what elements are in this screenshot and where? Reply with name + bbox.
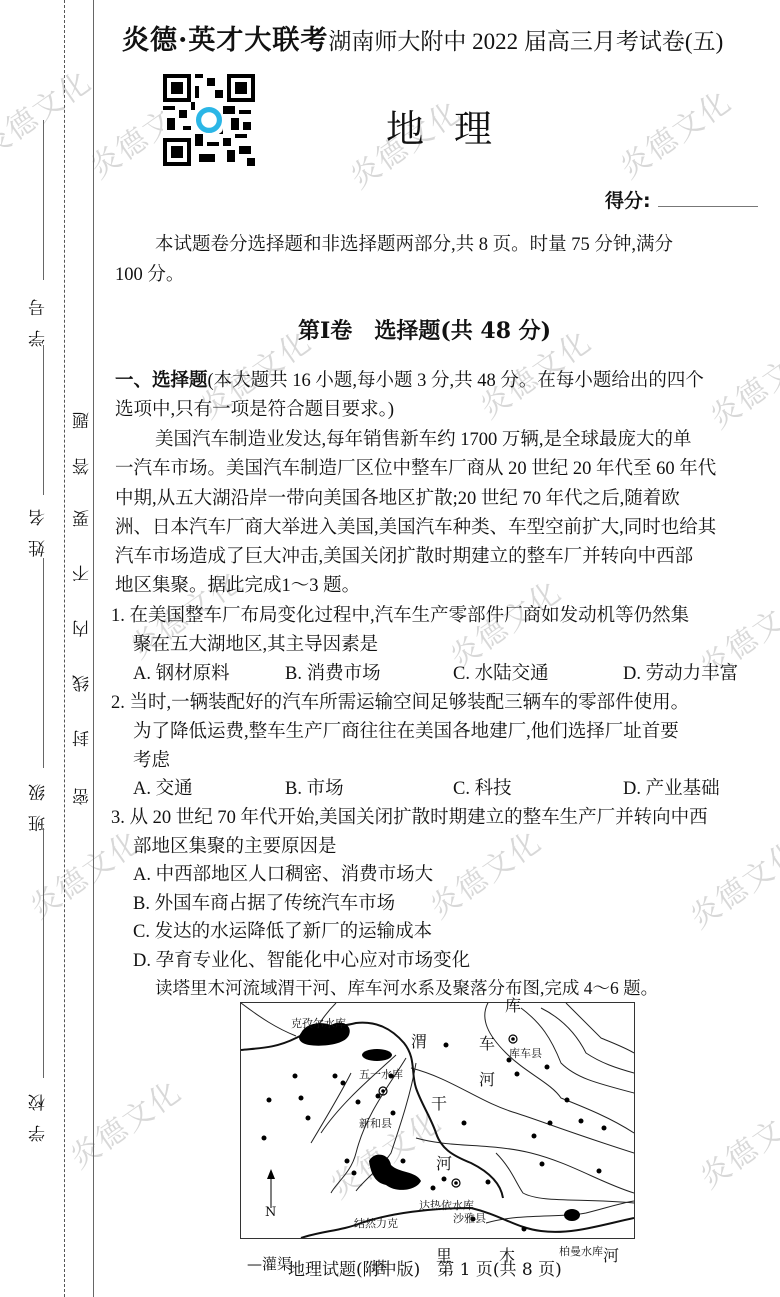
section-part: 第Ⅰ卷 bbox=[298, 318, 352, 344]
seal-char: 封 bbox=[70, 730, 95, 747]
passage-line: 地区集聚。据此完成1～3 题。 bbox=[115, 573, 360, 599]
passage-line: 汽车市场造成了巨大冲击,美国关闭扩散时期建立的整车厂并转向中西部 bbox=[115, 544, 693, 570]
exam-header: 炎德·英才大联考湖南师大附中 2022 届高三月考试卷(五) bbox=[122, 18, 723, 57]
score-label: 得分: bbox=[605, 186, 651, 213]
passage-line: 美国汽车制造业发达,每年销售新车约 1700 万辆,是全球最庞大的单 bbox=[155, 427, 692, 453]
watermark: 炎德文化 bbox=[679, 827, 780, 936]
seal-char: 不 bbox=[70, 565, 95, 582]
question-stem: 聚在五大湖地区,其主导因素是 bbox=[133, 632, 378, 658]
river-char: 河 bbox=[479, 1067, 495, 1090]
reservoir-label: 柏曼水库 bbox=[559, 1243, 603, 1259]
intro-line: 本试题卷分选择题和非选择题两部分,共 8 页。时量 75 分钟,满分 bbox=[155, 232, 673, 258]
seal-char: 要 bbox=[70, 510, 95, 527]
map-legend: —灌渠 bbox=[247, 1253, 292, 1274]
reservoir-label: 克孜尔水库 bbox=[291, 1015, 346, 1031]
question-stem: 部地区集聚的主要原因是 bbox=[133, 834, 337, 860]
option-a[interactable]: A. 交通 bbox=[133, 776, 193, 802]
county-label: 沙雅县 bbox=[453, 1210, 486, 1226]
option-b[interactable]: B. 消费市场 bbox=[285, 661, 381, 687]
seal-char: 线 bbox=[70, 675, 95, 692]
name-label: 姓名 bbox=[26, 495, 51, 557]
watermark: 炎德文化 bbox=[419, 817, 549, 926]
fold-dotted-line bbox=[64, 0, 65, 1297]
option-b[interactable]: B. 外国车商占据了传统汽车市场 bbox=[133, 891, 395, 917]
option-c[interactable]: C. 水陆交通 bbox=[453, 661, 549, 687]
passage-line: 中期,从五大湖沿岸一带向美国各地区扩散;20 世纪 70 年代之后,随着欧 bbox=[115, 486, 680, 512]
seal-char: 内 bbox=[70, 620, 95, 637]
option-b[interactable]: B. 市场 bbox=[285, 776, 344, 802]
class-label: 班级 bbox=[26, 770, 51, 832]
option-d[interactable]: D. 产业基础 bbox=[623, 776, 720, 802]
question-stem: 考虑 bbox=[133, 748, 170, 774]
intro-line: 100 分。 bbox=[115, 262, 184, 288]
question-stem: 3. 从 20 世纪 70 年代开始,美国关闭扩散时期建立的整车生产厂并转向中西 bbox=[111, 805, 708, 831]
question-stem: 2. 当时,一辆装配好的汽车所需运输空间足够装配三辆车的零部件使用。 bbox=[111, 690, 689, 716]
student-id-label: 学号 bbox=[26, 285, 51, 347]
seal-char: 答 bbox=[70, 458, 95, 475]
class-blank[interactable] bbox=[43, 558, 44, 768]
seal-char: 密 bbox=[70, 788, 95, 805]
watermark: 炎德文化 bbox=[0, 57, 99, 166]
page-footer: 地理试题(附中版) 第 1 页(共 8 页) bbox=[288, 1255, 562, 1280]
instructions-line: 一、选择题(本大题共 16 小题,每小题 3 分,共 48 分。在每小题给出的四… bbox=[115, 368, 704, 394]
margin-line bbox=[93, 0, 94, 1297]
passage-line: 一汽车市场。美国汽车制造厂区位中整车厂商从 20 世纪 20 年代至 60 年代 bbox=[115, 456, 716, 482]
seal-char: 题 bbox=[70, 412, 95, 429]
brand-title: 炎德·英才大联考 bbox=[122, 25, 328, 56]
option-a[interactable]: A. 钢材原料 bbox=[133, 661, 230, 687]
instructions-line: 选项中,只有一项是符合题目要求。) bbox=[115, 397, 394, 423]
river-map: 克孜尔水库 五一水库 达热依水库 柏曼水库 结然力克 新和县 库车县 沙雅县 渭… bbox=[240, 1002, 635, 1239]
school-label: 学校 bbox=[26, 1080, 51, 1142]
subject-title: 地理 bbox=[386, 98, 522, 153]
section-name: 选择题(共 48 分) bbox=[374, 318, 551, 344]
option-d[interactable]: D. 劳动力丰富 bbox=[623, 661, 738, 687]
river-char: 干 bbox=[431, 1091, 447, 1114]
watermark: 炎德文化 bbox=[699, 327, 780, 436]
school-blank[interactable] bbox=[43, 828, 44, 1078]
question-stem: 1. 在美国整车厂布局变化过程中,汽车生产零部件厂商如发动机等仍然集 bbox=[111, 603, 689, 629]
watermark: 炎德文化 bbox=[59, 1067, 189, 1176]
student-id-blank[interactable] bbox=[43, 120, 44, 280]
watermark: 炎德文化 bbox=[609, 77, 739, 186]
river-char: 河 bbox=[436, 1151, 452, 1174]
score-blank[interactable] bbox=[658, 206, 758, 207]
river-char: 车 bbox=[479, 1031, 495, 1054]
river-char: 河 bbox=[603, 1243, 619, 1266]
north-label: N bbox=[265, 1205, 276, 1220]
option-c[interactable]: C. 发达的水运降低了新厂的运输成本 bbox=[133, 919, 432, 945]
question-stem: 为了降低运费,整车生产厂商往往在美国各地建厂,他们选择厂址首要 bbox=[133, 719, 679, 745]
exam-subtitle: 湖南师大附中 2022 届高三月考试卷(五) bbox=[328, 29, 723, 54]
name-blank[interactable] bbox=[43, 345, 44, 495]
passage-line: 洲、日本汽车厂商大举进入美国,美国汽车种类、车型空前扩大,同时也给其 bbox=[115, 515, 716, 541]
river-char: 渭 bbox=[411, 1029, 427, 1052]
option-a[interactable]: A. 中西部地区人口稠密、消费市场大 bbox=[133, 862, 433, 888]
instructions-label: 一、选择题 bbox=[115, 371, 208, 391]
river-char: 库 bbox=[505, 993, 521, 1016]
reservoir-label: 五一水库 bbox=[359, 1066, 403, 1082]
section-title: 第Ⅰ卷 选择题(共 48 分) bbox=[298, 314, 551, 345]
county-label: 新和县 bbox=[359, 1115, 392, 1131]
qr-code-icon[interactable] bbox=[163, 74, 255, 166]
county-label: 库车县 bbox=[509, 1045, 542, 1061]
option-c[interactable]: C. 科技 bbox=[453, 776, 512, 802]
lake-label: 结然力克 bbox=[354, 1215, 398, 1231]
watermark: 炎德文化 bbox=[689, 1087, 780, 1196]
passage-2: 读塔里木河流域渭干河、库车河水系及聚落分布图,完成 4～6 题。 bbox=[155, 975, 658, 1001]
option-d[interactable]: D. 孕育专业化、智能化中心应对市场变化 bbox=[133, 948, 470, 974]
watermark: 炎德文化 bbox=[19, 817, 149, 926]
